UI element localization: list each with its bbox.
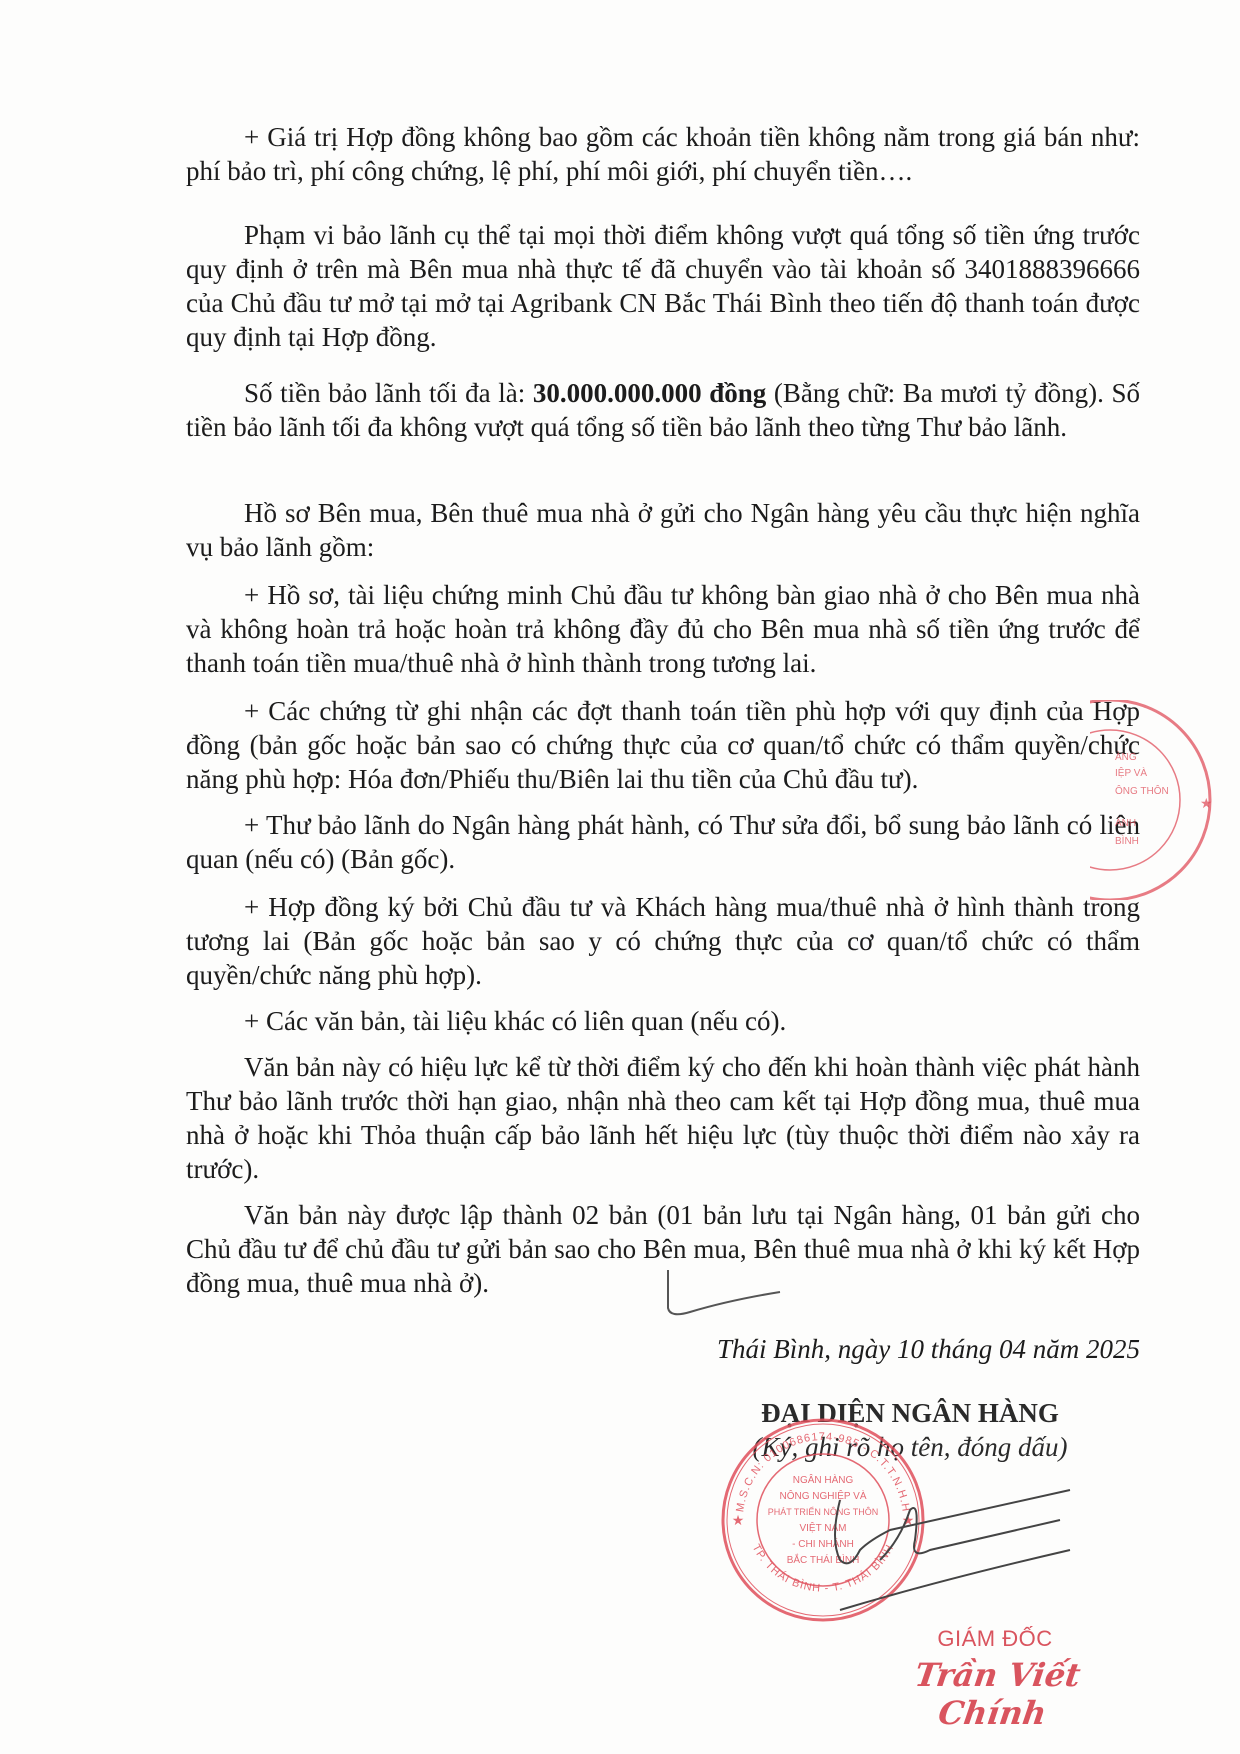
- paragraph-validity: Văn bản này có hiệu lực kể từ thời điểm …: [186, 1050, 1140, 1186]
- signer-name: Trần Viết Chính: [855, 1656, 1136, 1732]
- stamp-line-4: VIỆT NAM: [799, 1521, 846, 1534]
- paragraph-dossier-item-2: + Các chứng từ ghi nhận các đợt thanh to…: [186, 694, 1140, 796]
- paragraph-guarantee-scope: Phạm vi bảo lãnh cụ thể tại mọi thời điể…: [186, 218, 1140, 354]
- signature-title: ĐẠI DIỆN NGÂN HÀNG: [700, 1398, 1120, 1429]
- stamp-bottom-text: TP. THÁI BÌNH - T. THÁI BÌNH: [750, 1542, 897, 1594]
- paragraph-max-amount: Số tiền bảo lãnh tối đa là: 30.000.000.0…: [186, 376, 1140, 444]
- paragraph-copies: Văn bản này được lập thành 02 bản (01 bả…: [186, 1198, 1140, 1300]
- signer-position: GIÁM ĐỐC: [880, 1626, 1110, 1652]
- paragraph-contract-value-exclusions: + Giá trị Hợp đồng không bao gồm các kho…: [186, 120, 1140, 188]
- stamp-line-2: NÔNG NGHIỆP VÀ: [779, 1489, 866, 1502]
- paragraph-dossier-item-3: + Thư bảo lãnh do Ngân hàng phát hành, c…: [186, 808, 1140, 876]
- svg-text:TP. THÁI BÌNH - T. THÁI BÌNH: TP. THÁI BÌNH - T. THÁI BÌNH: [750, 1542, 897, 1594]
- signature-note: (Ký, ghi rõ họ tên, đóng dấu): [700, 1432, 1120, 1463]
- svg-text:★: ★: [732, 1512, 745, 1528]
- paragraph-dossier-intro: Hồ sơ Bên mua, Bên thuê mua nhà ở gửi ch…: [186, 496, 1140, 564]
- max-amount-prefix: Số tiền bảo lãnh tối đa là:: [244, 378, 533, 408]
- paragraph-dossier-item-4: + Hợp đồng ký bởi Chủ đầu tư và Khách hà…: [186, 890, 1140, 992]
- stamp-line-3: PHÁT TRIỂN NÔNG THÔN: [768, 1506, 879, 1517]
- document-page: + Giá trị Hợp đồng không bao gồm các kho…: [0, 0, 1240, 1754]
- max-amount-value: 30.000.000.000 đồng: [533, 378, 766, 408]
- svg-text:★: ★: [902, 1512, 915, 1528]
- stamp-line-6: BẮC THÁI BÌNH: [787, 1553, 860, 1566]
- stamp-line-1: NGÂN HÀNG: [793, 1473, 854, 1486]
- svg-text:★: ★: [1200, 795, 1213, 811]
- paragraph-dossier-item-5: + Các văn bản, tài liệu khác có liên qua…: [186, 1004, 1140, 1038]
- paragraph-dossier-item-1: + Hồ sơ, tài liệu chứng minh Chủ đầu tư …: [186, 578, 1140, 680]
- stamp-line-5: - CHI NHÁNH: [792, 1537, 854, 1550]
- place-date: Thái Bình, ngày 10 tháng 04 năm 2025: [600, 1334, 1140, 1365]
- handwritten-signature-icon: [820, 1480, 1080, 1620]
